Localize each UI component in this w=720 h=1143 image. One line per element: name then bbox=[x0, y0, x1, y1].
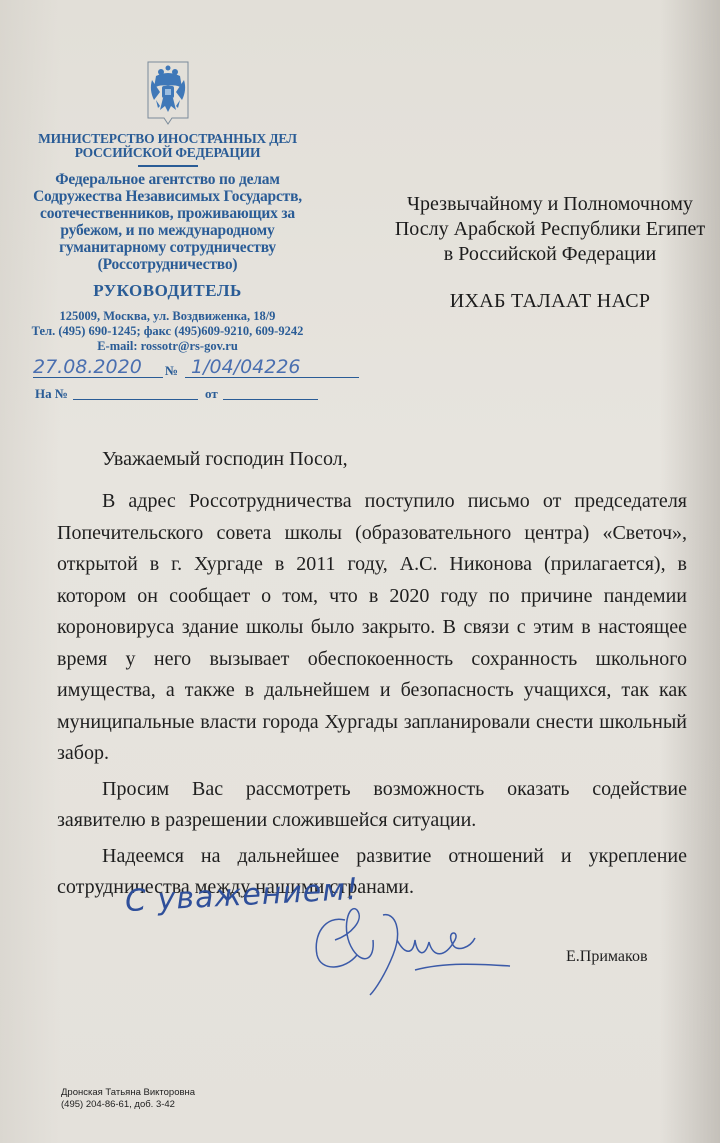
reference-date-blank bbox=[223, 399, 318, 400]
role-title: РУКОВОДИТЕЛЬ bbox=[0, 281, 335, 301]
registration-number: 1/04/04226 bbox=[185, 357, 359, 378]
addressee-name: ИХАБ ТАЛААТ НАСР bbox=[380, 289, 720, 314]
registration-line: 27.08.2020 № 1/04/04226 bbox=[25, 357, 345, 381]
executor-info: Дронская Татьяна Викторовна (495) 204-86… bbox=[61, 1087, 195, 1111]
addressee-line-3: в Российской Федерации bbox=[380, 242, 720, 267]
letterhead-divider bbox=[138, 165, 198, 167]
ministry-line-2: РОССИЙСКОЙ ФЕДЕРАЦИИ bbox=[0, 146, 335, 160]
address-street: 125009, Москва, ул. Воздвиженка, 18/9 bbox=[0, 309, 335, 324]
reference-line: На № от bbox=[25, 384, 325, 404]
signature-icon bbox=[305, 900, 515, 1000]
salutation: Уважаемый господин Посол, bbox=[102, 448, 348, 471]
ministry-name: МИНИСТЕРСТВО ИНОСТРАННЫХ ДЕЛ РОССИЙСКОЙ … bbox=[0, 132, 335, 160]
agency-line-2: Содружества Независимых Государств, bbox=[0, 188, 335, 205]
paragraph-2: Просим Вас рассмотреть возможность оказа… bbox=[57, 774, 687, 837]
agency-line-6: (Россотрудничество) bbox=[0, 256, 335, 273]
paragraph-1: В адрес Россотрудничества поступило пись… bbox=[57, 486, 687, 770]
signer-name: Е.Примаков bbox=[566, 948, 648, 966]
executor-phone: (495) 204-86-61, доб. 3-42 bbox=[61, 1099, 195, 1111]
agency-line-5: гуманитарному сотрудничеству bbox=[0, 239, 335, 256]
agency-name: Федеральное агентство по делам Содружест… bbox=[0, 171, 335, 273]
registration-number-label: № bbox=[165, 363, 178, 379]
reference-number-blank bbox=[73, 399, 198, 400]
russian-coat-of-arms-icon bbox=[146, 60, 190, 128]
agency-line-1: Федеральное агентство по делам bbox=[0, 171, 335, 188]
registration-date: 27.08.2020 bbox=[33, 357, 163, 378]
agency-line-4: рубежом, и по международному bbox=[0, 222, 335, 239]
agency-line-3: соотечественников, проживающих за bbox=[0, 205, 335, 222]
letterhead: МИНИСТЕРСТВО ИНОСТРАННЫХ ДЕЛ РОССИЙСКОЙ … bbox=[0, 60, 335, 354]
letter-body: В адрес Россотрудничества поступило пись… bbox=[57, 486, 687, 904]
ministry-line-1: МИНИСТЕРСТВО ИНОСТРАННЫХ ДЕЛ bbox=[0, 132, 335, 146]
addressee-line-1: Чрезвычайному и Полномочному bbox=[380, 192, 720, 217]
addressee-block: Чрезвычайному и Полномочному Послу Арабс… bbox=[380, 192, 720, 314]
reference-from-label: от bbox=[205, 386, 218, 402]
reference-number-label: На № bbox=[35, 386, 68, 402]
address-email: E-mail: rossotr@rs-gov.ru bbox=[0, 339, 335, 354]
address-phone-fax: Тел. (495) 690-1245; факс (495)609-9210,… bbox=[0, 324, 335, 339]
agency-address: 125009, Москва, ул. Воздвиженка, 18/9 Те… bbox=[0, 309, 335, 354]
addressee-line-2: Послу Арабской Республики Египет bbox=[380, 217, 720, 242]
executor-name: Дронская Татьяна Викторовна bbox=[61, 1087, 195, 1099]
